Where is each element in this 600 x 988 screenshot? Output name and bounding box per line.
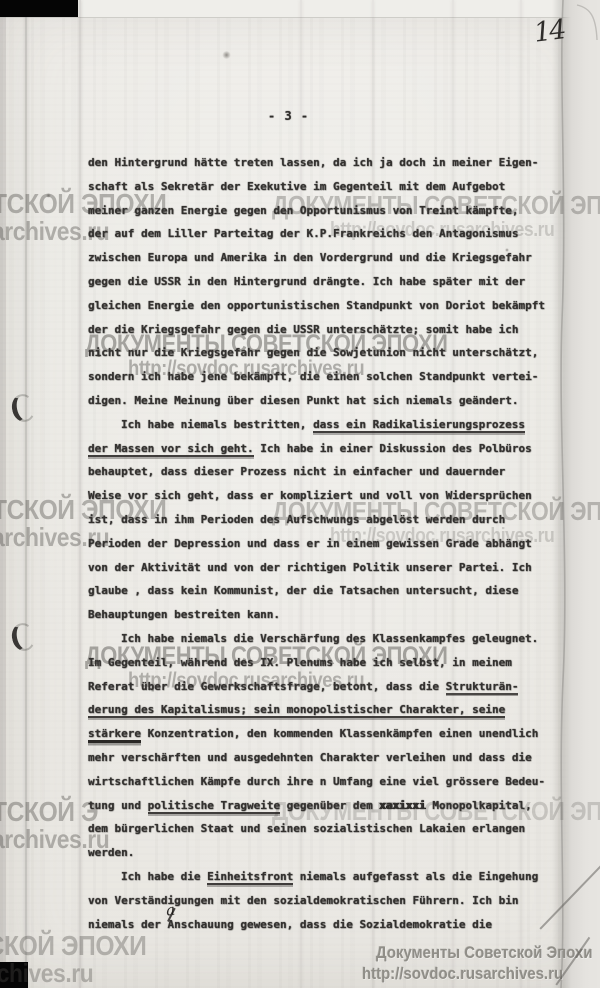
document-line: derung des Kapitalismus; sein monopolist… xyxy=(88,698,566,722)
document-line: von der Aktivität und von der richtigen … xyxy=(88,556,566,580)
annotated-text-run: politische Tragweite xyxy=(148,799,280,812)
annotated-text-run: stärkere xyxy=(88,727,141,740)
document-line: schaft als Sekretär der Exekutive im Geg… xyxy=(88,175,566,199)
typed-text-run: Ich habe niemals die Verschärfung des Kl… xyxy=(121,632,538,645)
typed-text-run: werden. xyxy=(88,846,134,859)
annotated-text-run: derung des Kapitalismus; sein monopolist… xyxy=(88,703,505,716)
annotated-text-run: dass ein Radikalisierungsprozess xyxy=(313,418,525,431)
annotated-text-run: der Massen vor sich geht. xyxy=(88,442,254,455)
document-line: werden. xyxy=(88,841,566,865)
typed-text-run: meiner ganzen Energie gegen den Opportun… xyxy=(88,204,518,217)
document-line: ist, dass in ihm Perioden des Aufschwung… xyxy=(88,508,566,532)
typed-text-run: wirtschaftlichen Kämpfe durch ihre n Umf… xyxy=(88,775,545,788)
typed-text-run: mehr verschärften und ausgedehnten Chara… xyxy=(88,751,532,764)
document-line: dem bürgerlichen Staat und seinen sozial… xyxy=(88,817,566,841)
scan-corner-mark xyxy=(0,0,78,17)
document-line: Weise vor sich geht, dass er kompliziert… xyxy=(88,484,566,508)
document-line: glaube , dass kein Kommunist, der die Ta… xyxy=(88,579,566,603)
document-line: niemals der Anschauung gewesen, dass die… xyxy=(88,913,566,937)
typed-text-run: der auf dem Liller Parteitag der K.P.Fra… xyxy=(88,227,518,240)
typed-text-run: nicht nur die Kriegsgefahr gegen die Sow… xyxy=(88,346,538,359)
typed-text-run: gegenüber dem xyxy=(280,799,379,812)
document-line: den Hintergrund hätte treten lassen, da … xyxy=(88,151,566,175)
document-line: Im Gegenteil, während des IX. Plenums ha… xyxy=(88,651,566,675)
watermark-text: http://sovdoc.rusarchives.ru xyxy=(362,964,563,984)
typed-text-run: dem bürgerlichen Staat und seinen sozial… xyxy=(88,822,525,835)
document-line: Behauptungen bestreiten kann. xyxy=(88,603,566,627)
scanned-document-page: ТСКОЙ ЭПОХИarchives.ruДОКУМЕНТЫ СОВЕТСКО… xyxy=(0,0,600,988)
document-line: tung und politische Tragweite gegenüber … xyxy=(88,794,566,818)
typed-text-run: Behauptungen bestreiten kann. xyxy=(88,608,280,621)
typed-text-run: von der Aktivität und von der richtigen … xyxy=(88,561,532,574)
typed-text-run: digen. Meine Meinung über diesen Punkt h… xyxy=(88,394,518,407)
typed-page-label: - 3 - xyxy=(268,109,309,123)
document-line: Ich habe niemals bestritten, dass ein Ra… xyxy=(88,413,566,437)
document-line: sondern ich habe jene bekämpft, die eine… xyxy=(88,365,566,389)
document-line: gleichen Energie den opportunistischen S… xyxy=(88,294,566,318)
document-line: Ich habe die Einheitsfront niemals aufge… xyxy=(88,865,566,889)
annotated-text-run: Strukturän- xyxy=(446,680,519,693)
typed-text-run: glaube , dass kein Kommunist, der die Ta… xyxy=(88,584,518,597)
document-line: der die Kriegsgefahr gegen die USSR unte… xyxy=(88,318,566,342)
paper-fold-line xyxy=(79,0,81,988)
annotated-text-run: xaxixxi xyxy=(379,799,425,812)
scan-corner-mark xyxy=(0,962,28,988)
paper-fold-line xyxy=(25,0,27,988)
document-line: Ich habe niemals die Verschärfung des Kl… xyxy=(88,627,566,651)
document-line: wirtschaftlichen Kämpfe durch ihre n Umf… xyxy=(88,770,566,794)
typed-text-run: schaft als Sekretär der Exekutive im Geg… xyxy=(88,180,505,193)
typed-text-run: behauptet, dass dieser Prozess nicht in … xyxy=(88,465,505,478)
typed-text-run: Weise vor sich geht, dass er kompliziert… xyxy=(88,489,532,502)
document-line: von Verständigungen mit den sozialdemokr… xyxy=(88,889,566,913)
typed-text-run: sondern ich habe jene bekämpft, die eine… xyxy=(88,370,538,383)
scan-left-edge xyxy=(0,0,6,988)
typed-text-run: Monopolkapital, xyxy=(426,799,532,812)
typed-text-run: Ich habe in einer Diskussion des Polbüro… xyxy=(254,442,532,455)
typed-text-run: niemals aufgefasst als die Eingehung xyxy=(293,870,538,883)
typed-text-run: Konzentration, den kommenden Klassenkämp… xyxy=(141,727,538,740)
typed-text-run: Referat über die Gewerkschaftsfrage, bet… xyxy=(88,680,446,693)
typed-text-run: tung und xyxy=(88,799,148,812)
document-line: mehr verschärften und ausgedehnten Chara… xyxy=(88,746,566,770)
typed-text-run: Perioden der Depression und dass er in e… xyxy=(88,537,532,550)
document-line: der Massen vor sich geht. Ich habe in ei… xyxy=(88,437,566,461)
typed-text-run: den Hintergrund hätte treten lassen, da … xyxy=(88,156,538,169)
document-line: der auf dem Liller Parteitag der K.P.Fra… xyxy=(88,222,566,246)
typed-text-run: von Verständigungen mit den sozialdemokr… xyxy=(88,894,518,907)
document-line: behauptet, dass dieser Prozess nicht in … xyxy=(88,460,566,484)
watermark-text: ТСКОЙ Э xyxy=(0,796,98,828)
document-line: nicht nur die Kriegsgefahr gegen die Sow… xyxy=(88,341,566,365)
typed-text-run: gleichen Energie den opportunistischen S… xyxy=(88,299,545,312)
annotated-text-run: Einheitsfront xyxy=(207,870,293,883)
typed-text-run: Ich habe die xyxy=(121,870,207,883)
document-line: zwischen Europa und Amerika in den Vorde… xyxy=(88,246,566,270)
typed-text-run: gegen die USSR in den Hintergrund drängt… xyxy=(88,275,525,288)
document-line: gegen die USSR in den Hintergrund drängt… xyxy=(88,270,566,294)
document-line: Perioden der Depression und dass er in e… xyxy=(88,532,566,556)
ink-smudge xyxy=(222,51,231,59)
document-line: meiner ganzen Energie gegen den Opportun… xyxy=(88,199,566,223)
typed-text-run: der die Kriegsgefahr gegen die USSR unte… xyxy=(88,323,518,336)
punch-hole xyxy=(9,621,37,653)
ink-smudge xyxy=(46,193,51,198)
typed-text-block: den Hintergrund hätte treten lassen, da … xyxy=(88,151,566,936)
typed-text-run: Im Gegenteil, während des IX. Plenums ha… xyxy=(88,656,512,669)
document-line: stärkere Konzentration, den kommenden Kl… xyxy=(88,722,566,746)
typed-text-run: niemals der Anschauung gewesen, dass die… xyxy=(88,918,492,931)
typed-text-run: ist, dass in ihm Perioden des Aufschwung… xyxy=(88,513,505,526)
typed-text-run: Ich habe niemals bestritten, xyxy=(121,418,313,431)
typed-text-run: zwischen Europa und Amerika in den Vorde… xyxy=(88,251,532,264)
handwritten-page-number: 14 xyxy=(532,14,566,48)
document-line: digen. Meine Meinung über diesen Punkt h… xyxy=(88,389,566,413)
document-line: Referat über die Gewerkschaftsfrage, bet… xyxy=(88,675,566,699)
punch-hole xyxy=(9,392,37,424)
